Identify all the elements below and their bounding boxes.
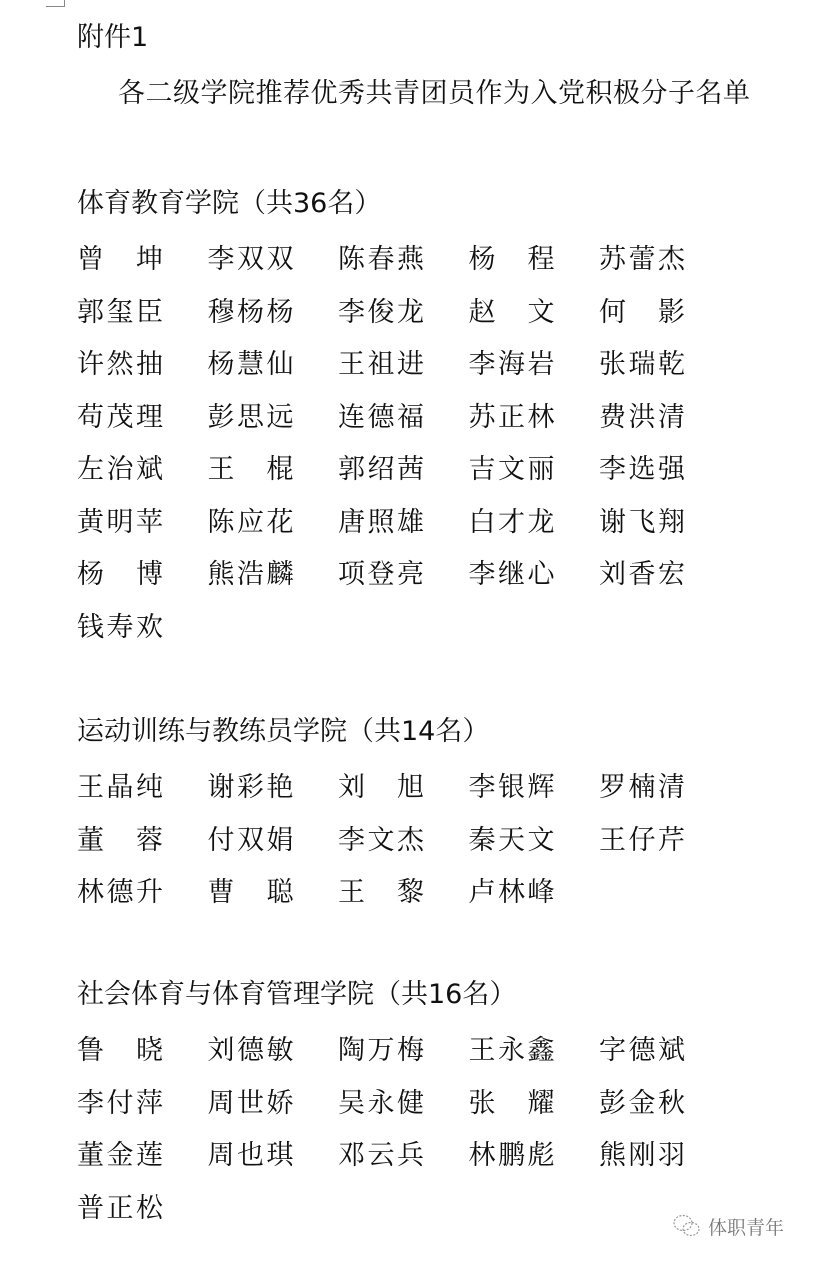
name-item: 郭绍茜	[338, 444, 424, 497]
watermark: 体职青年	[672, 1208, 784, 1244]
name-item: 曹 聪	[208, 867, 294, 920]
name-item: 秦天文	[469, 815, 555, 868]
name-item: 黄明苹	[77, 497, 163, 550]
section-social-sports-management: 社会体育与体育管理学院（共16名） 鲁 晓刘德敏陶万梅王永鑫字德斌李付萍周世娇吴…	[77, 975, 730, 1235]
name-item: 张瑞乾	[599, 339, 685, 392]
name-item: 杨 博	[77, 549, 163, 602]
name-item: 罗楠清	[599, 762, 685, 815]
name-item: 苏蕾杰	[599, 234, 685, 287]
name-item: 杨 程	[469, 234, 555, 287]
name-item: 周也琪	[208, 1130, 294, 1183]
name-item: 刘香宏	[599, 549, 685, 602]
name-item: 谢飞翔	[599, 497, 685, 550]
name-item: 白才龙	[469, 497, 555, 550]
name-item: 卢林峰	[469, 867, 555, 920]
name-item: 董 蓉	[77, 815, 163, 868]
name-item: 刘德敏	[208, 1025, 294, 1078]
name-item: 王永鑫	[469, 1025, 555, 1078]
name-item: 赵 文	[469, 287, 555, 340]
name-item: 林德升	[77, 867, 163, 920]
name-item: 彭思远	[208, 392, 294, 445]
name-item: 苏正林	[469, 392, 555, 445]
section-sports-education: 体育教育学院（共36名） 曾 坤李双双陈春燕杨 程苏蕾杰郭玺臣穆杨杨李俊龙赵 文…	[77, 184, 730, 654]
name-item: 李海岩	[469, 339, 555, 392]
name-grid: 王晶纯谢彩艳刘 旭李银辉罗楠清董 蓉付双娟李文杰秦天文王仔芹林德升曹 聪王 黎卢…	[77, 762, 730, 920]
name-item: 字德斌	[599, 1025, 685, 1078]
section-heading: 运动训练与教练员学院（共14名）	[77, 712, 730, 762]
section-sports-training: 运动训练与教练员学院（共14名） 王晶纯谢彩艳刘 旭李银辉罗楠清董 蓉付双娟李文…	[77, 712, 730, 920]
name-item: 王晶纯	[77, 762, 163, 815]
name-item: 何 影	[599, 287, 685, 340]
name-item: 陈春燕	[338, 234, 424, 287]
attachment-label: 附件1	[77, 18, 148, 58]
name-item: 熊浩麟	[208, 549, 294, 602]
name-item: 连德福	[338, 392, 424, 445]
name-item: 熊刚羽	[599, 1130, 685, 1183]
name-item: 周世娇	[208, 1078, 294, 1131]
name-item: 李银辉	[469, 762, 555, 815]
name-item: 王 棍	[208, 444, 294, 497]
name-item: 李文杰	[338, 815, 424, 868]
section-heading: 社会体育与体育管理学院（共16名）	[77, 975, 730, 1025]
name-item: 鲁 晓	[77, 1025, 163, 1078]
name-item: 彭金秋	[599, 1078, 685, 1131]
name-item: 陶万梅	[338, 1025, 424, 1078]
name-item: 许然抽	[77, 339, 163, 392]
name-item: 李继心	[469, 549, 555, 602]
name-item: 张 耀	[469, 1078, 555, 1131]
name-item: 邓云兵	[338, 1130, 424, 1183]
name-grid: 鲁 晓刘德敏陶万梅王永鑫字德斌李付萍周世娇吴永健张 耀彭金秋董金莲周也琪邓云兵林…	[77, 1025, 730, 1235]
name-item: 李俊龙	[338, 287, 424, 340]
name-item: 谢彩艳	[208, 762, 294, 815]
name-item: 曾 坤	[77, 234, 163, 287]
name-item: 陈应花	[208, 497, 294, 550]
document-title: 各二级学院推荐优秀共青团员作为入党积极分子名单	[118, 73, 751, 115]
name-item: 董金莲	[77, 1130, 163, 1183]
name-item: 杨慧仙	[208, 339, 294, 392]
section-heading: 体育教育学院（共36名）	[77, 184, 730, 234]
name-item: 苟茂理	[77, 392, 163, 445]
name-item: 左治斌	[77, 444, 163, 497]
name-item: 付双娟	[208, 815, 294, 868]
name-item: 王祖进	[338, 339, 424, 392]
name-grid: 曾 坤李双双陈春燕杨 程苏蕾杰郭玺臣穆杨杨李俊龙赵 文何 影许然抽杨慧仙王祖进李…	[77, 234, 730, 654]
name-item: 李双双	[208, 234, 294, 287]
name-item: 王仔芹	[599, 815, 685, 868]
name-item: 吴永健	[338, 1078, 424, 1131]
name-item: 吉文丽	[469, 444, 555, 497]
name-item: 王 黎	[338, 867, 424, 920]
name-item: 李付萍	[77, 1078, 163, 1131]
name-item: 郭玺臣	[77, 287, 163, 340]
name-item: 费洪清	[599, 392, 685, 445]
name-item: 穆杨杨	[208, 287, 294, 340]
name-item: 林鹏彪	[469, 1130, 555, 1183]
name-item: 普正松	[77, 1183, 163, 1236]
name-item: 钱寿欢	[77, 602, 163, 655]
wechat-icon	[672, 1213, 702, 1239]
page-corner-mark	[46, 0, 65, 7]
watermark-label: 体职青年	[708, 1213, 784, 1240]
name-item: 刘 旭	[338, 762, 424, 815]
name-item: 唐照雄	[338, 497, 424, 550]
name-item: 李选强	[599, 444, 685, 497]
name-item: 项登亮	[338, 549, 424, 602]
